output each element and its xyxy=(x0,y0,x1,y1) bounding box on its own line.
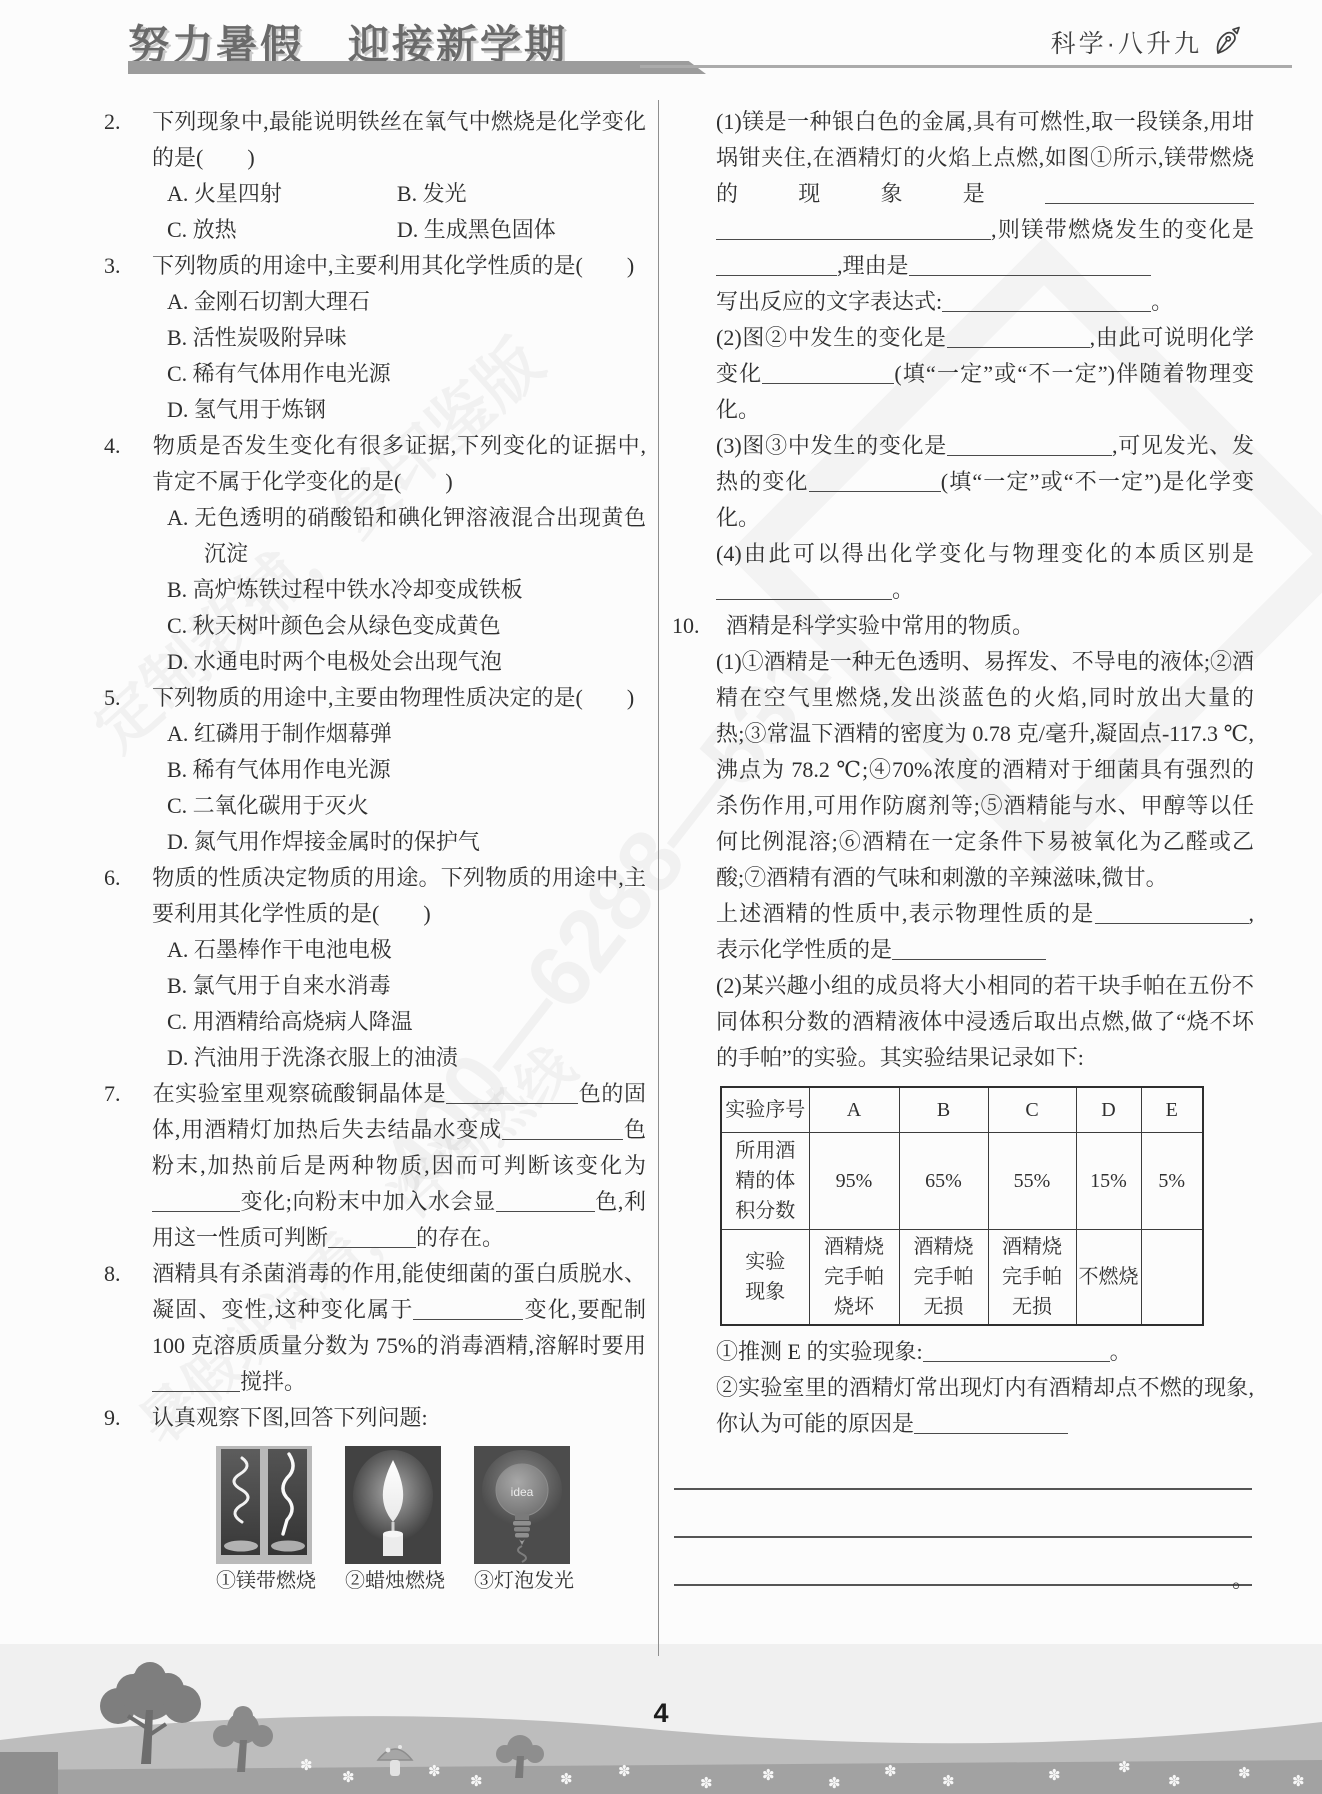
option-item: B. 高炉炼铁过程中铁水冷却变成铁板 xyxy=(104,572,646,608)
option-item: A. 金刚石切割大理石 xyxy=(104,284,646,320)
svg-text:✽: ✽ xyxy=(884,1762,897,1780)
blank-line xyxy=(909,255,1151,276)
svg-text:✽: ✽ xyxy=(1168,1772,1181,1790)
option-item: D. 水通电时两个电极处会出现气泡 xyxy=(104,644,646,680)
sub-question: 写出反应的文字表达式:。 xyxy=(672,284,1254,320)
sub-question: 上述酒精的性质中,表示物理性质的是,表示化学性质的是 xyxy=(672,896,1254,968)
svg-text:✽: ✽ xyxy=(618,1762,631,1780)
question-number: 7. xyxy=(104,1076,152,1112)
sub-question: (4)由此可以得出化学变化与物理变化的本质区别是。 xyxy=(672,536,1254,608)
left-column: 2.下列现象中,最能说明铁丝在氧气中燃烧是化学变化的是( )A. 火星四射B. … xyxy=(104,104,646,1596)
row-label-cell: 实验 现象 xyxy=(721,1230,809,1326)
option-item: D. 生成黑色固体 xyxy=(397,212,627,248)
table-cell: 15% xyxy=(1076,1133,1141,1230)
option-item: C. 放热 xyxy=(167,212,397,248)
svg-text:✽: ✽ xyxy=(342,1768,355,1786)
table-header-cell: E xyxy=(1141,1087,1203,1133)
sub-question: (1)①酒精是一种无色透明、易挥发、不导电的液体;②酒精在空气里燃烧,发出淡蓝色… xyxy=(672,644,1254,896)
blank-line xyxy=(716,579,892,600)
question-number: 3. xyxy=(104,248,152,284)
svg-text:✽: ✽ xyxy=(1118,1758,1131,1776)
row-label-cell: 所用酒 精的体 积分数 xyxy=(721,1133,809,1230)
option-item: B. 活性炭吸附异味 xyxy=(104,320,646,356)
svg-text:✽: ✽ xyxy=(470,1772,483,1790)
candle-burning-photo xyxy=(345,1446,441,1564)
figure: ②蜡烛燃烧 xyxy=(345,1446,441,1596)
svg-text:idea: idea xyxy=(511,1485,534,1499)
header-right: 科学·八升九 xyxy=(1051,24,1244,60)
question-stem: 6.物质的性质决定物质的用途。下列物质的用途中,主要利用其化学性质的是( ) xyxy=(104,860,646,932)
sub-question: (2)某兴趣小组的成员将大小相同的若干块手帕在五份不同体积分数的酒精液体中浸透后… xyxy=(672,968,1254,1076)
header-rule xyxy=(640,65,1292,68)
option-item: C. 二氧化碳用于灭火 xyxy=(104,788,646,824)
answer-line: 。 xyxy=(674,1542,1252,1586)
table-cell: 酒精烧 完手帕 烧坏 xyxy=(809,1230,899,1326)
table-header-row: 实验序号ABCDE xyxy=(721,1087,1203,1133)
table-header-cell: B xyxy=(899,1087,988,1133)
question-stem: 3.下列物质的用途中,主要利用其化学性质的是( ) xyxy=(104,248,646,284)
page-number: 4 xyxy=(0,1698,1322,1729)
figure-caption: ②蜡烛燃烧 xyxy=(345,1566,441,1596)
pen-nib-icon xyxy=(1210,25,1244,59)
svg-text:✽: ✽ xyxy=(428,1762,441,1780)
question-stem: 2.下列现象中,最能说明铁丝在氧气中燃烧是化学变化的是( ) xyxy=(104,104,646,176)
blank-line xyxy=(496,1191,595,1212)
figure-row: ①镁带燃烧 ②蜡烛燃烧 idea xyxy=(104,1446,646,1596)
blank-line xyxy=(502,1119,623,1140)
blank-line xyxy=(942,291,1151,312)
table-row: 所用酒 精的体 积分数95%65%55%15%5% xyxy=(721,1133,1203,1230)
svg-text:✽: ✽ xyxy=(942,1772,955,1790)
sub-question: (2)图②中发生的变化是,由此可说明化学变化(填“一定”或“不一定”)伴随着物理… xyxy=(672,320,1254,428)
svg-text:✽: ✽ xyxy=(300,1756,313,1774)
option-item: D. 氮气用作焊接金属时的保护气 xyxy=(104,824,646,860)
question-stem: 7.在实验室里观察硫酸铜晶体是色的固体,用酒精灯加热后失去结晶水变成色粉末,加热… xyxy=(104,1076,646,1256)
option-item: C. 秋天树叶颜色会从绿色变成黄色 xyxy=(104,608,646,644)
blank-line xyxy=(716,255,837,276)
option-item: B. 氯气用于自来水消毒 xyxy=(104,968,646,1004)
question-stem: 8.酒精具有杀菌消毒的作用,能使细菌的蛋白质脱水、凝固、变性,这种变化属于变化,… xyxy=(104,1256,646,1400)
blank-line xyxy=(328,1227,416,1248)
question-number: 10. xyxy=(672,608,726,644)
option-item: A. 红磷用于制作烟幕弹 xyxy=(104,716,646,752)
footer-landscape: ✽✽✽ ✽✽✽ ✽✽✽ ✽✽✽ ✽✽✽ ✽ 4 xyxy=(0,1644,1322,1794)
table-cell: 95% xyxy=(809,1133,899,1230)
table-cell: 65% xyxy=(899,1133,988,1230)
question-number: 9. xyxy=(104,1400,152,1436)
blank-line xyxy=(152,1371,240,1392)
table-cell: 酒精烧 完手帕 无损 xyxy=(899,1230,988,1326)
table-header-cell: C xyxy=(988,1087,1076,1133)
table-header-cell: A xyxy=(809,1087,899,1133)
sub-question: (3)图③中发生的变化是,可见发光、发热的变化(填“一定”或“不一定”)是化学变… xyxy=(672,428,1254,536)
blank-line xyxy=(1095,903,1161,924)
option-item: C. 用酒精给高烧病人降温 xyxy=(104,1004,646,1040)
table-cell xyxy=(1141,1230,1203,1326)
table-cell: 55% xyxy=(988,1133,1076,1230)
table-header-cell: 实验序号 xyxy=(721,1087,809,1133)
figure-caption: ③灯泡发光 xyxy=(474,1566,570,1596)
answer-line xyxy=(674,1494,1252,1538)
blank-line xyxy=(923,1341,1110,1362)
svg-text:✽: ✽ xyxy=(1238,1764,1251,1782)
question-stem: 10.酒精是科学实验中常用的物质。 xyxy=(672,608,1254,644)
table-cell: 不燃烧 xyxy=(1076,1230,1141,1326)
magnesium-burning-photo xyxy=(216,1446,312,1564)
svg-text:✽: ✽ xyxy=(762,1766,775,1784)
column-divider xyxy=(658,100,659,1656)
question-stem: 9.认真观察下图,回答下列问题: xyxy=(104,1400,646,1436)
blank-line xyxy=(914,1413,1068,1434)
right-column: (1)镁是一种银白色的金属,具有可燃性,取一段镁条,用坩埚钳夹住,在酒精灯的火焰… xyxy=(672,104,1254,1586)
figure: idea ③灯泡发光 xyxy=(474,1446,570,1596)
option-row: C. 放热D. 生成黑色固体 xyxy=(104,212,646,248)
svg-text:✽: ✽ xyxy=(828,1774,841,1792)
question-stem: 4.物质是否发生变化有很多证据,下列变化的证据中,肯定不属于化学变化的是( ) xyxy=(104,428,646,500)
blank-line xyxy=(413,1299,523,1320)
figure-caption: ①镁带燃烧 xyxy=(216,1566,312,1596)
option-item: B. 稀有气体用作电光源 xyxy=(104,752,646,788)
sub-question: ②实验室里的酒精灯常出现灯内有酒精却点不燃的现象,你认为可能的原因是 xyxy=(672,1370,1254,1442)
question-number: 8. xyxy=(104,1256,152,1292)
blank-line xyxy=(892,939,1046,960)
svg-text:✽: ✽ xyxy=(1292,1772,1305,1790)
blank-line xyxy=(446,1083,578,1104)
table-cell: 酒精烧 完手帕 无损 xyxy=(988,1230,1076,1326)
blank-line xyxy=(947,435,1112,456)
option-item: C. 稀有气体用作电光源 xyxy=(104,356,646,392)
blank-line xyxy=(947,327,1090,348)
svg-text:✽: ✽ xyxy=(700,1774,713,1792)
blank-line xyxy=(1045,183,1254,204)
option-item: A. 石墨棒作干电池电极 xyxy=(104,932,646,968)
subject-label: 科学·八升九 xyxy=(1051,24,1202,60)
option-item: A. 无色透明的硝酸铅和碘化钾溶液混合出现黄色沉淀 xyxy=(104,500,646,572)
question-stem: 5.下列物质的用途中,主要由物理性质决定的是( ) xyxy=(104,680,646,716)
svg-text:✽: ✽ xyxy=(560,1770,573,1788)
question-number: 5. xyxy=(104,680,152,716)
blank-line xyxy=(762,363,894,384)
table-header-cell: D xyxy=(1076,1087,1141,1133)
option-item: B. 发光 xyxy=(397,176,627,212)
experiment-table: 实验序号ABCDE所用酒 精的体 积分数95%65%55%15%5%实验 现象酒… xyxy=(720,1086,1204,1326)
option-item: D. 汽油用于洗涤衣服上的油渍 xyxy=(104,1040,646,1076)
option-item: A. 火星四射 xyxy=(167,176,397,212)
figure: ①镁带燃烧 xyxy=(216,1446,312,1596)
blank-line xyxy=(152,1191,240,1212)
question-number: 4. xyxy=(104,428,152,464)
table-cell: 5% xyxy=(1141,1133,1203,1230)
option-item: D. 氢气用于炼钢 xyxy=(104,392,646,428)
option-row: A. 火星四射B. 发光 xyxy=(104,176,646,212)
blank-line xyxy=(809,471,941,492)
answer-line xyxy=(674,1446,1252,1490)
sub-question: ①推测 E 的实验现象:。 xyxy=(672,1334,1254,1370)
line-end-punct: 。 xyxy=(1232,1562,1254,1598)
question-number: 2. xyxy=(104,104,152,140)
blank-line xyxy=(716,219,991,240)
sub-question: (1)镁是一种银白色的金属,具有可燃性,取一段镁条,用坩埚钳夹住,在酒精灯的火焰… xyxy=(672,104,1254,284)
bulb-glowing-photo: idea xyxy=(474,1446,570,1564)
worksheet-page: 努力暑假 迎接新学期 科学·八升九 定制教辅，复印鉴版400—6288—531暑… xyxy=(0,0,1322,1794)
banner-bar xyxy=(128,61,706,74)
blank-line xyxy=(1161,903,1249,924)
question-number: 6. xyxy=(104,860,152,896)
table-row: 实验 现象酒精烧 完手帕 烧坏酒精烧 完手帕 无损酒精烧 完手帕 无损不燃烧 xyxy=(721,1230,1203,1326)
svg-text:✽: ✽ xyxy=(1048,1766,1061,1784)
